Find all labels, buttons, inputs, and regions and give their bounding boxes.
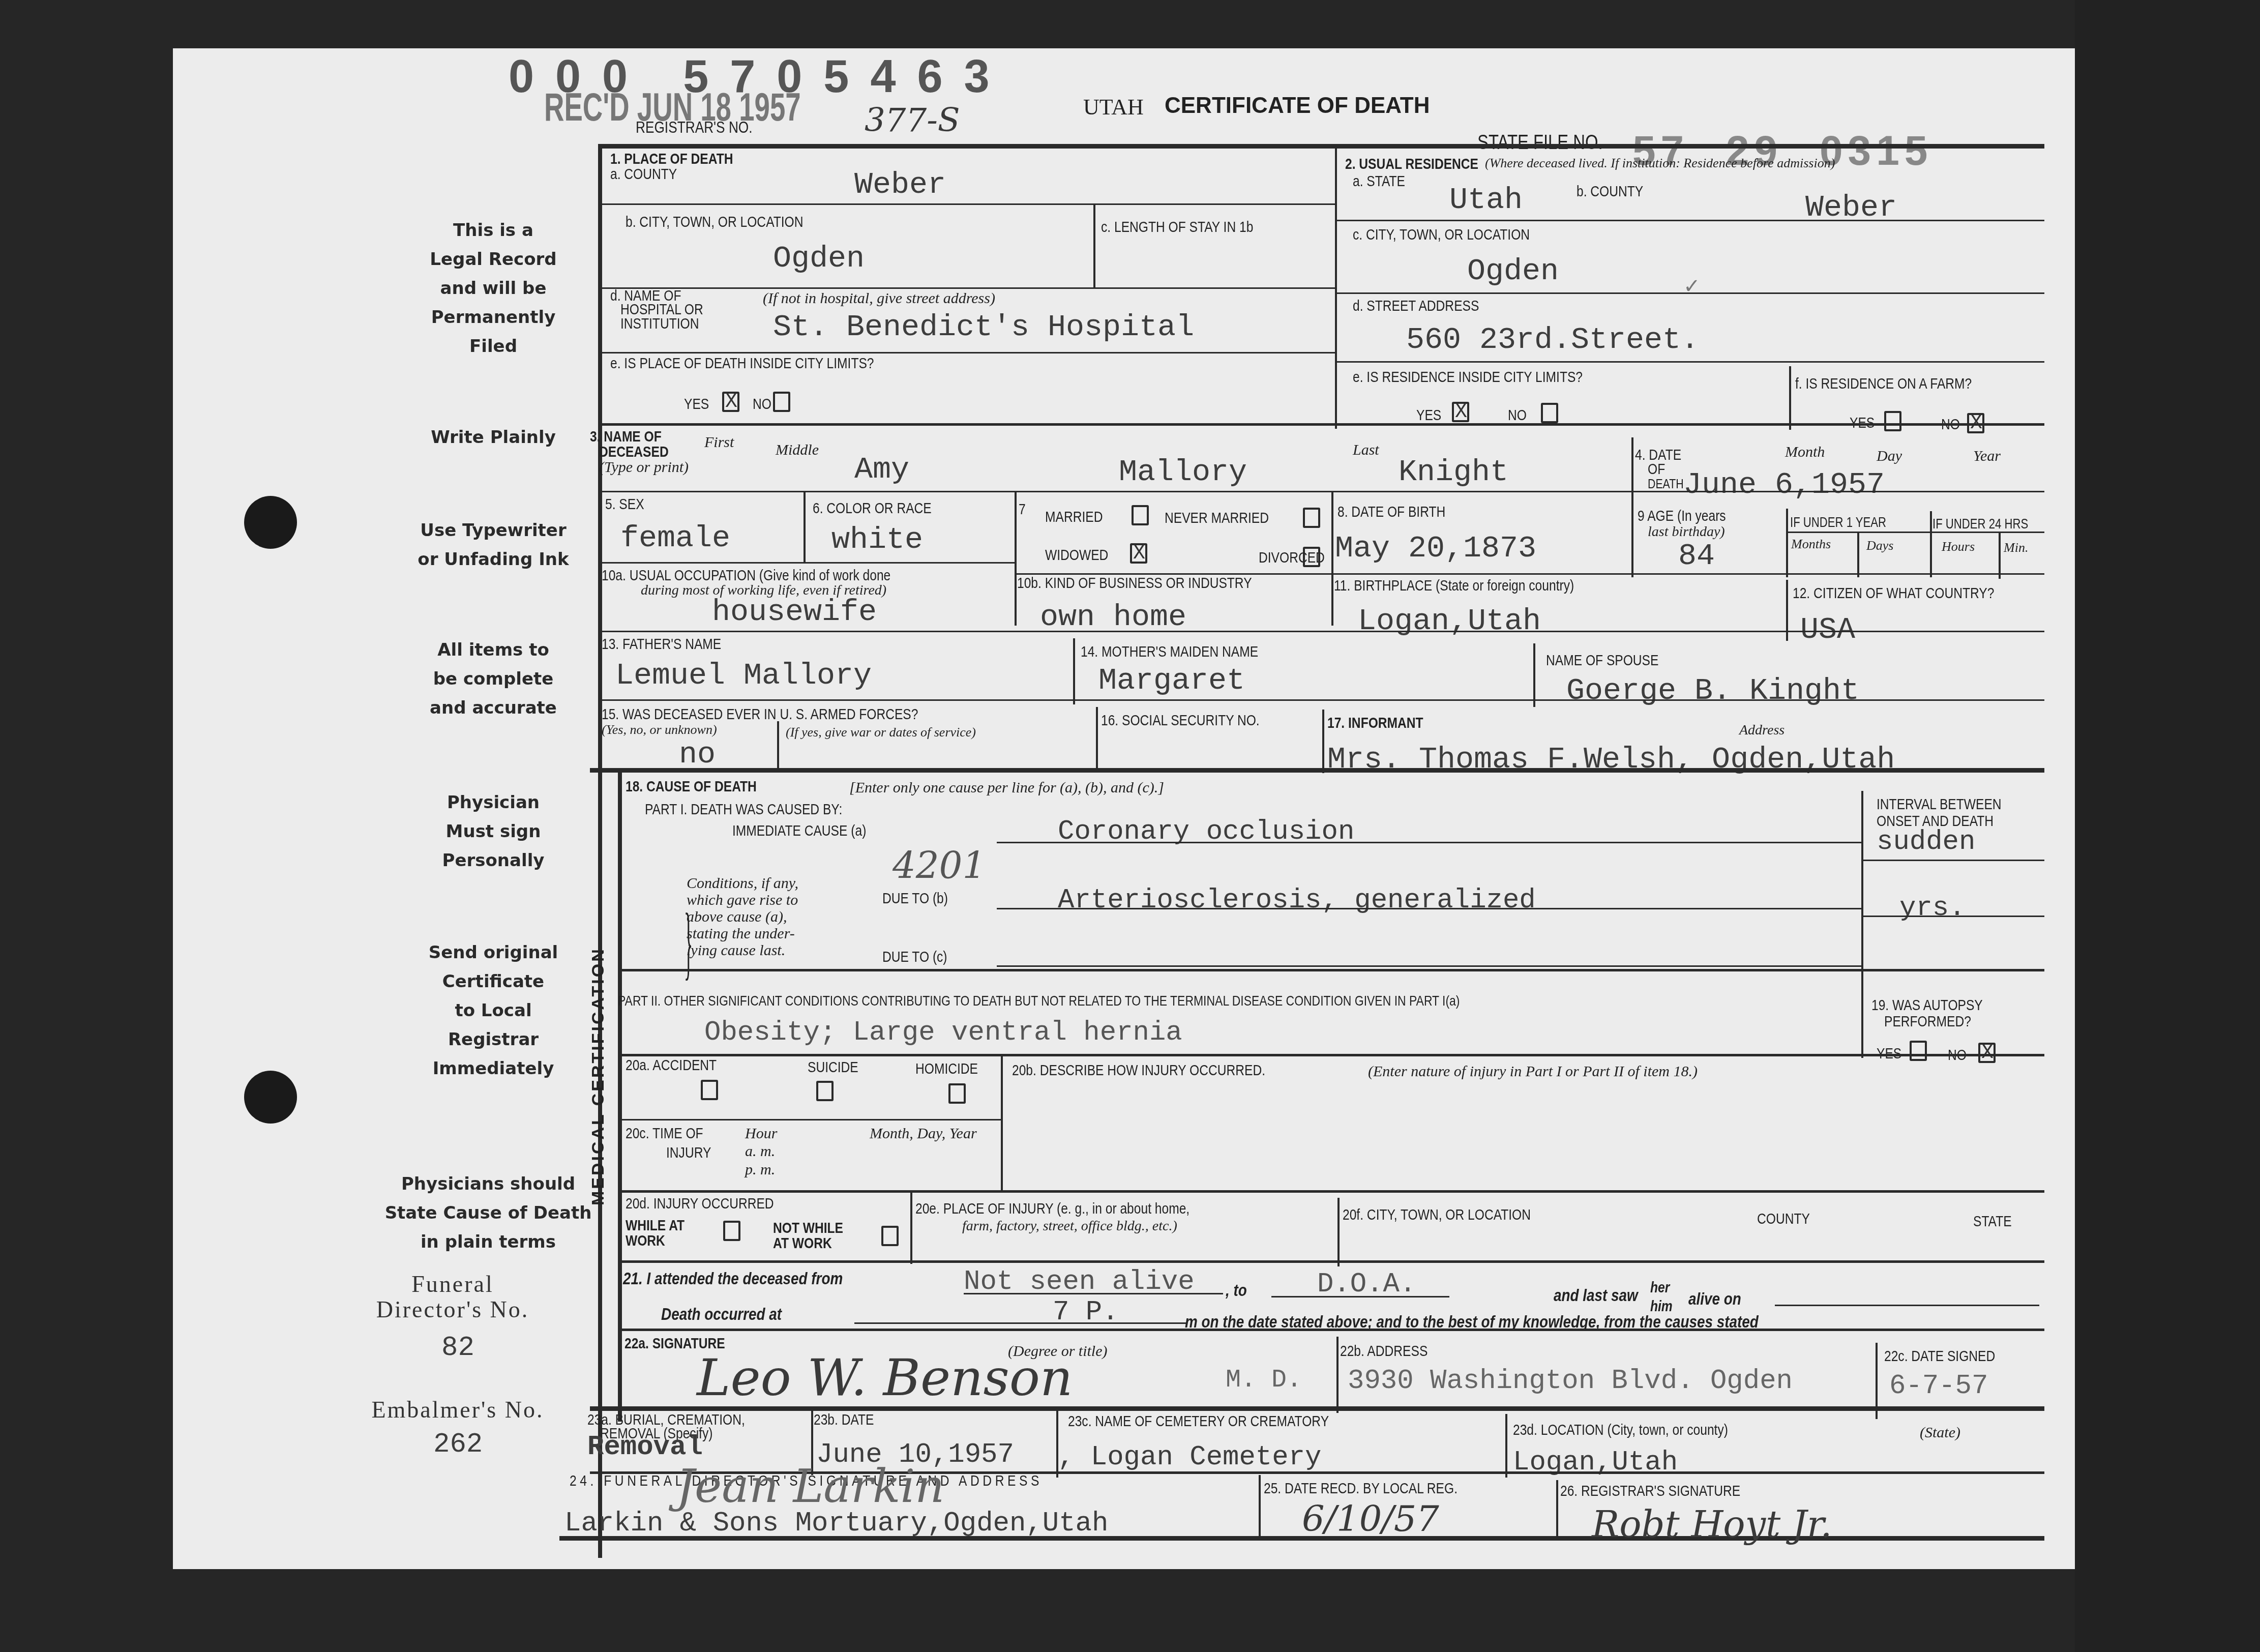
note-legal-record: This is a Legal Record and will be Perma…	[376, 216, 610, 361]
form-top-border	[600, 144, 2044, 149]
underline	[854, 1322, 1187, 1324]
month-day-year-label: Month, Day, Year	[870, 1125, 977, 1142]
embalmer-no-label: Embalmer's No.	[356, 1396, 559, 1423]
divider	[1930, 511, 1932, 577]
divider	[618, 1190, 2044, 1193]
place-of-injury-label: 20e. PLACE OF INJURY (e. g., in or about…	[915, 1200, 1190, 1218]
divider	[1331, 491, 1333, 626]
interval-b: yrs.	[1899, 893, 1966, 924]
underline	[1775, 1305, 2039, 1306]
divider	[1001, 1055, 1003, 1193]
sex-value: female	[620, 521, 730, 556]
divider	[590, 768, 2044, 773]
date-recd-label: 25. DATE RECD. BY LOCAL REG.	[1264, 1480, 1458, 1497]
age-label-1: 9 AGE (In years	[1638, 508, 1726, 525]
date-signed: 6-7-57	[1889, 1371, 1988, 1402]
date-of-birth: May 20,1873	[1335, 532, 1536, 566]
married-checkbox[interactable]	[1132, 505, 1149, 525]
divider	[1533, 643, 1535, 707]
note-send-original: Send original Certificate to Local Regis…	[376, 938, 610, 1083]
code-annotation: 4201	[893, 844, 986, 887]
registrar-no-label: REGISTRAR'S NO.	[636, 118, 753, 137]
divider	[1857, 532, 1859, 577]
medical-certification-label: MEDICAL CERTIFICATION	[588, 947, 608, 1205]
disposition-method: Removal	[587, 1432, 703, 1463]
divorced-checkbox[interactable]	[1303, 547, 1320, 567]
divider	[777, 721, 779, 770]
divider	[1861, 791, 1863, 1058]
divider	[1259, 1475, 1261, 1539]
divider	[1861, 916, 2044, 917]
divider	[590, 1406, 2044, 1411]
disposition-date-label: 23b. DATE	[814, 1411, 874, 1429]
cause-of-death-label: 18. CAUSE OF DEATH	[626, 778, 757, 795]
ssn-label: 16. SOCIAL SECURITY NO.	[1101, 712, 1260, 729]
describe-injury-label: 20b. DESCRIBE HOW INJURY OCCURRED.	[1012, 1062, 1265, 1079]
sex-label: 5. SEX	[605, 496, 644, 513]
institution-hint: (If not in hospital, give street address…	[763, 290, 995, 307]
informant-address-label: Address	[1739, 722, 1785, 739]
married-label: MARRIED	[1045, 509, 1103, 526]
yes-label: YES	[684, 396, 709, 413]
armed-forces-label: 15. WAS DECEASED EVER IN U. S. ARMED FOR…	[602, 706, 918, 723]
underline	[997, 842, 1861, 843]
funeral-director-no-label: Funeral Director's No.	[356, 1272, 549, 1322]
divider	[1786, 532, 2044, 533]
widowed-checkbox[interactable]	[1130, 543, 1147, 564]
note-complete: All items to be complete and accurate	[376, 636, 610, 723]
while-at-work-checkbox[interactable]	[723, 1221, 740, 1241]
part1-label: PART I. DEATH WAS CAUSED BY:	[645, 801, 842, 818]
spouse-label: NAME OF SPOUSE	[1546, 652, 1658, 669]
occupation-value: housewife	[712, 595, 877, 630]
funeral-director-signature: Jean Larkin	[676, 1460, 944, 1513]
immediate-cause-label: IMMEDIATE CAUSE (a)	[732, 822, 866, 840]
deceased-middle-name: Mallory	[1119, 455, 1247, 490]
divider	[910, 1193, 912, 1264]
cause-of-death-hint: [Enter only one cause per line for (a), …	[849, 779, 1164, 796]
divider	[1322, 710, 1324, 773]
street-address: 560 23rd.Street.	[1406, 323, 1699, 358]
scan-border	[2075, 0, 2260, 1652]
attended-to: D.O.A.	[1317, 1269, 1416, 1300]
autopsy-label-2: PERFORMED?	[1884, 1013, 1971, 1030]
under-1-year-label: IF UNDER 1 YEAR	[1790, 515, 1886, 530]
deceased-last-name: Knight	[1399, 455, 1508, 490]
divider	[618, 1119, 1001, 1120]
last-saw-label: and last saw	[1554, 1286, 1638, 1306]
physician-address: 3930 Washington Blvd. Ogden	[1348, 1366, 1793, 1397]
no-label: NO	[753, 396, 771, 413]
embalmer-no: 262	[433, 1429, 483, 1460]
interval-a: sudden	[1877, 827, 1975, 858]
usual-residence-hint: (Where deceased lived. If institution: R…	[1485, 156, 1835, 171]
divider	[618, 1054, 2044, 1056]
armed-forces-hint: (Yes, no, or unknown)	[602, 722, 717, 737]
deceased-first-name: Amy	[854, 453, 909, 487]
age-value: 84	[1678, 539, 1715, 574]
note-plain-terms: Physicians should State Cause of Death i…	[356, 1170, 620, 1257]
mother-name: Margaret	[1098, 664, 1245, 698]
armed-forces-value: no	[679, 737, 716, 772]
residence-state: Utah	[1449, 183, 1523, 218]
spouse-name: Goerge B. Kinght	[1566, 674, 1859, 709]
divider	[1335, 292, 2044, 294]
suicide-checkbox[interactable]	[816, 1081, 834, 1101]
am-label: a. m.	[745, 1143, 775, 1160]
month-label: Month	[1785, 444, 1825, 461]
divider	[618, 1329, 2044, 1331]
residence-city-label: c. CITY, TOWN, OR LOCATION	[1353, 226, 1530, 244]
divider	[1096, 707, 1098, 771]
father-name-label: 13. FATHER'S NAME	[602, 636, 721, 653]
suicide-label: SUICIDE	[808, 1059, 858, 1076]
to-label: , to	[1226, 1281, 1247, 1301]
death-city: Ogden	[773, 242, 865, 276]
part2-label: PART II. OTHER SIGNIFICANT CONDITIONS CO…	[618, 993, 1460, 1009]
min-label: Min.	[2004, 540, 2028, 555]
underline	[964, 1293, 1223, 1294]
divider	[600, 491, 2044, 492]
last-name-label: Last	[1353, 441, 1379, 459]
date-signed-label: 22c. DATE SIGNED	[1884, 1348, 1995, 1365]
dob-label: 8. DATE OF BIRTH	[1337, 504, 1445, 521]
divider	[1335, 144, 1337, 429]
days-label: Days	[1866, 538, 1893, 553]
institution-name: St. Benedict's Hospital	[773, 310, 1194, 345]
divider	[1093, 203, 1095, 287]
armed-forces-hint-2: (If yes, give war or dates of service)	[786, 725, 976, 740]
race-value: white	[831, 523, 923, 557]
injury-state-label: STATE	[1973, 1213, 2012, 1230]
hour-label: Hour	[745, 1125, 777, 1142]
birthplace-label: 11. BIRTHPLACE (State or foreign country…	[1334, 577, 1574, 595]
while-at-work-label: WHILE AT WORK	[626, 1218, 685, 1249]
time-of-injury-label-1: 20c. TIME OF	[626, 1125, 703, 1142]
interval-label-1: INTERVAL BETWEEN	[1877, 796, 2002, 813]
deceased-name-label-1: 3. NAME OF	[590, 428, 662, 446]
time-of-injury-label-2: INJURY	[666, 1144, 711, 1162]
autopsy-yes-checkbox[interactable]	[1910, 1041, 1927, 1061]
divider	[1556, 1480, 1558, 1539]
months-label: Months	[1791, 537, 1831, 552]
divider	[804, 491, 806, 562]
death-inside-city-no-checkbox[interactable]	[773, 392, 790, 412]
residence-state-label: a. STATE	[1353, 173, 1405, 190]
divider	[1631, 506, 1633, 575]
date-of-death-label-3: DEATH	[1648, 476, 1684, 492]
usual-residence-label: 2. USUAL RESIDENCE	[1345, 156, 1478, 173]
state-file-no-label: STATE FILE NO.	[1477, 131, 1603, 154]
date-of-death: June 6,1957	[1683, 468, 1885, 503]
funeral-director-address: Larkin & Sons Mortuary,Ogden,Utah	[564, 1508, 1108, 1539]
divider	[618, 1260, 2044, 1263]
alive-on-label: alive on	[1688, 1289, 1741, 1309]
residence-farm-label: f. IS RESIDENCE ON A FARM?	[1795, 375, 1972, 393]
not-while-at-work-checkbox[interactable]	[881, 1226, 899, 1246]
divider	[1073, 638, 1075, 704]
page-title: CERTIFICATE OF DEATH	[1165, 93, 1430, 119]
cemetery-label: 23c. NAME OF CEMETERY OR CREMATORY	[1068, 1413, 1329, 1430]
first-name-label: First	[704, 434, 734, 451]
marital-label: 7	[1019, 501, 1026, 518]
year-label: Year	[1973, 448, 2001, 465]
no-label: NO	[1508, 407, 1527, 424]
divider	[600, 631, 2044, 632]
divider	[600, 562, 1015, 564]
place-of-death-label: 1. PLACE OF DEATH	[610, 151, 733, 168]
residence-inside-city-no-checkbox[interactable]	[1541, 403, 1558, 423]
birthplace-value: Logan,Utah	[1358, 604, 1541, 639]
divider	[1335, 220, 2044, 221]
due-to-b-label: DUE TO (b)	[882, 890, 948, 907]
checkmark-icon: ✓	[1683, 275, 1701, 298]
death-occurred-label: Death occurred at	[661, 1305, 782, 1324]
death-city-label: b. CITY, TOWN, OR LOCATION	[626, 214, 803, 231]
due-to-c-label: DUE TO (c)	[882, 949, 947, 966]
form-left-border	[598, 144, 602, 1558]
injury-city-label: 20f. CITY, TOWN, OR LOCATION	[1343, 1206, 1531, 1224]
registrar-signature-label: 26. REGISTRAR'S SIGNATURE	[1560, 1483, 1740, 1500]
divider	[600, 423, 2044, 426]
divider	[600, 287, 1335, 289]
street-address-label: d. STREET ADDRESS	[1353, 298, 1479, 315]
medical-border	[618, 771, 622, 1422]
homicide-label: HOMICIDE	[915, 1060, 978, 1078]
bracket: }	[684, 894, 693, 990]
institution-label-3: INSTITUTION	[620, 315, 699, 333]
yes-label: YES	[1416, 407, 1441, 424]
note-typewriter: Use Typewriter or Unfading Ink	[376, 516, 610, 574]
underline	[997, 965, 1861, 967]
registrar-signature: Robt Hoyt Jr.	[1592, 1503, 1832, 1546]
divider	[1335, 361, 2044, 363]
divider	[1861, 860, 2044, 861]
death-county: Weber	[854, 168, 946, 202]
physician-address-label: 22b. ADDRESS	[1340, 1343, 1428, 1360]
attended-label: 21. I attended the deceased from	[623, 1269, 843, 1289]
death-inside-city-label: e. IS PLACE OF DEATH INSIDE CITY LIMITS?	[610, 355, 874, 372]
note-physician-sign: Physician Must sign Personally	[376, 788, 610, 875]
registrar-no: 377-S	[865, 102, 960, 139]
note-write-plainly: Write Plainly	[376, 423, 610, 452]
widowed-label: WIDOWED	[1045, 547, 1108, 564]
business-value: own home	[1040, 600, 1186, 635]
middle-name-label: Middle	[776, 441, 819, 459]
death-county-label: a. COUNTY	[610, 166, 677, 183]
burial-location-label: 23d. LOCATION (City, town, or county)	[1513, 1422, 1728, 1439]
residence-inside-city-label: e. IS RESIDENCE INSIDE CITY LIMITS?	[1353, 369, 1583, 386]
deceased-name-label-3: (Type or print)	[599, 459, 689, 476]
punch-hole	[244, 496, 297, 549]
deceased-name-label-2: DECEASED	[599, 444, 669, 461]
pm-label: p. m.	[745, 1161, 775, 1178]
death-inside-city-yes-checkbox[interactable]	[722, 392, 739, 412]
informant-label: 17. INFORMANT	[1327, 715, 1423, 732]
burial-state-label: (State)	[1920, 1424, 1960, 1441]
describe-injury-hint: (Enter nature of injury in Part I or Par…	[1368, 1063, 1698, 1080]
accident-checkbox[interactable]	[701, 1080, 718, 1100]
citizen-value: USA	[1800, 613, 1855, 647]
race-label: 6. COLOR OR RACE	[813, 500, 932, 517]
never-married-label: NEVER MARRIED	[1165, 510, 1269, 527]
date-recd: 6/10/57	[1302, 1498, 1439, 1540]
underline	[997, 908, 1861, 909]
her-label: her	[1650, 1279, 1670, 1296]
conditions-hint: Conditions, if any, which gave rise to a…	[687, 875, 798, 959]
residence-inside-city-yes-checkbox[interactable]	[1452, 402, 1469, 422]
occupation-label: 10a. USUAL OCCUPATION (Give kind of work…	[602, 567, 890, 584]
homicide-checkbox[interactable]	[948, 1083, 966, 1104]
injury-occurred-label: 20d. INJURY OCCURRED	[626, 1195, 774, 1213]
divider	[1505, 1414, 1507, 1478]
divider	[1015, 491, 1017, 626]
title-prefix: UTAH	[1083, 94, 1144, 120]
funeral-director-no: 82	[441, 1333, 474, 1364]
cemetery-name: , Logan Cemetery	[1058, 1442, 1321, 1473]
accident-label: 20a. ACCIDENT	[626, 1057, 717, 1074]
not-while-at-work-label: NOT WHILE AT WORK	[773, 1221, 843, 1251]
underline	[1271, 1296, 1449, 1297]
residence-city: Ogden	[1467, 254, 1559, 289]
divider	[600, 352, 1335, 353]
divider	[618, 969, 2044, 971]
place-of-injury-label-2: farm, factory, street, office bldg., etc…	[962, 1218, 1177, 1234]
length-of-stay-label: c. LENGTH OF STAY IN 1b	[1101, 219, 1253, 236]
due-to-b: Arteriosclerosis, generalized	[1058, 885, 1536, 916]
never-married-checkbox[interactable]	[1303, 508, 1320, 528]
autopsy-no-checkbox[interactable]	[1978, 1043, 1996, 1063]
injury-county-label: COUNTY	[1757, 1211, 1810, 1228]
divider	[600, 699, 2044, 701]
hours-label: Hours	[1942, 539, 1975, 554]
residence-farm-yes-checkbox[interactable]	[1884, 411, 1901, 431]
divider	[1789, 366, 1791, 430]
divider	[1786, 509, 1788, 577]
mother-name-label: 14. MOTHER'S MAIDEN NAME	[1081, 643, 1258, 661]
part2-value: Obesity; Large ventral hernia	[704, 1017, 1182, 1048]
divider	[1337, 1198, 1340, 1266]
under-24-hrs-label: IF UNDER 24 HRS	[1932, 516, 2028, 532]
day-label: Day	[1877, 448, 1902, 465]
physician-degree: M. D.	[1226, 1366, 1302, 1395]
punch-hole	[244, 1071, 297, 1124]
residence-county-label: b. COUNTY	[1577, 183, 1643, 200]
father-name: Lemuel Mallory	[615, 659, 872, 693]
divider	[1999, 533, 2001, 579]
physician-signature: Leo W. Benson	[697, 1348, 1073, 1407]
divider	[600, 203, 1335, 205]
age-label-2: last birthday)	[1648, 524, 1725, 540]
date-of-death-label-2: OF	[1648, 461, 1665, 478]
citizen-label: 12. CITIZEN OF WHAT COUNTRY?	[1793, 585, 1994, 602]
divider	[1336, 1337, 1339, 1413]
business-label: 10b. KIND OF BUSINESS OR INDUSTRY	[1017, 575, 1252, 592]
autopsy-label-1: 19. WAS AUTOPSY	[1871, 997, 1983, 1014]
